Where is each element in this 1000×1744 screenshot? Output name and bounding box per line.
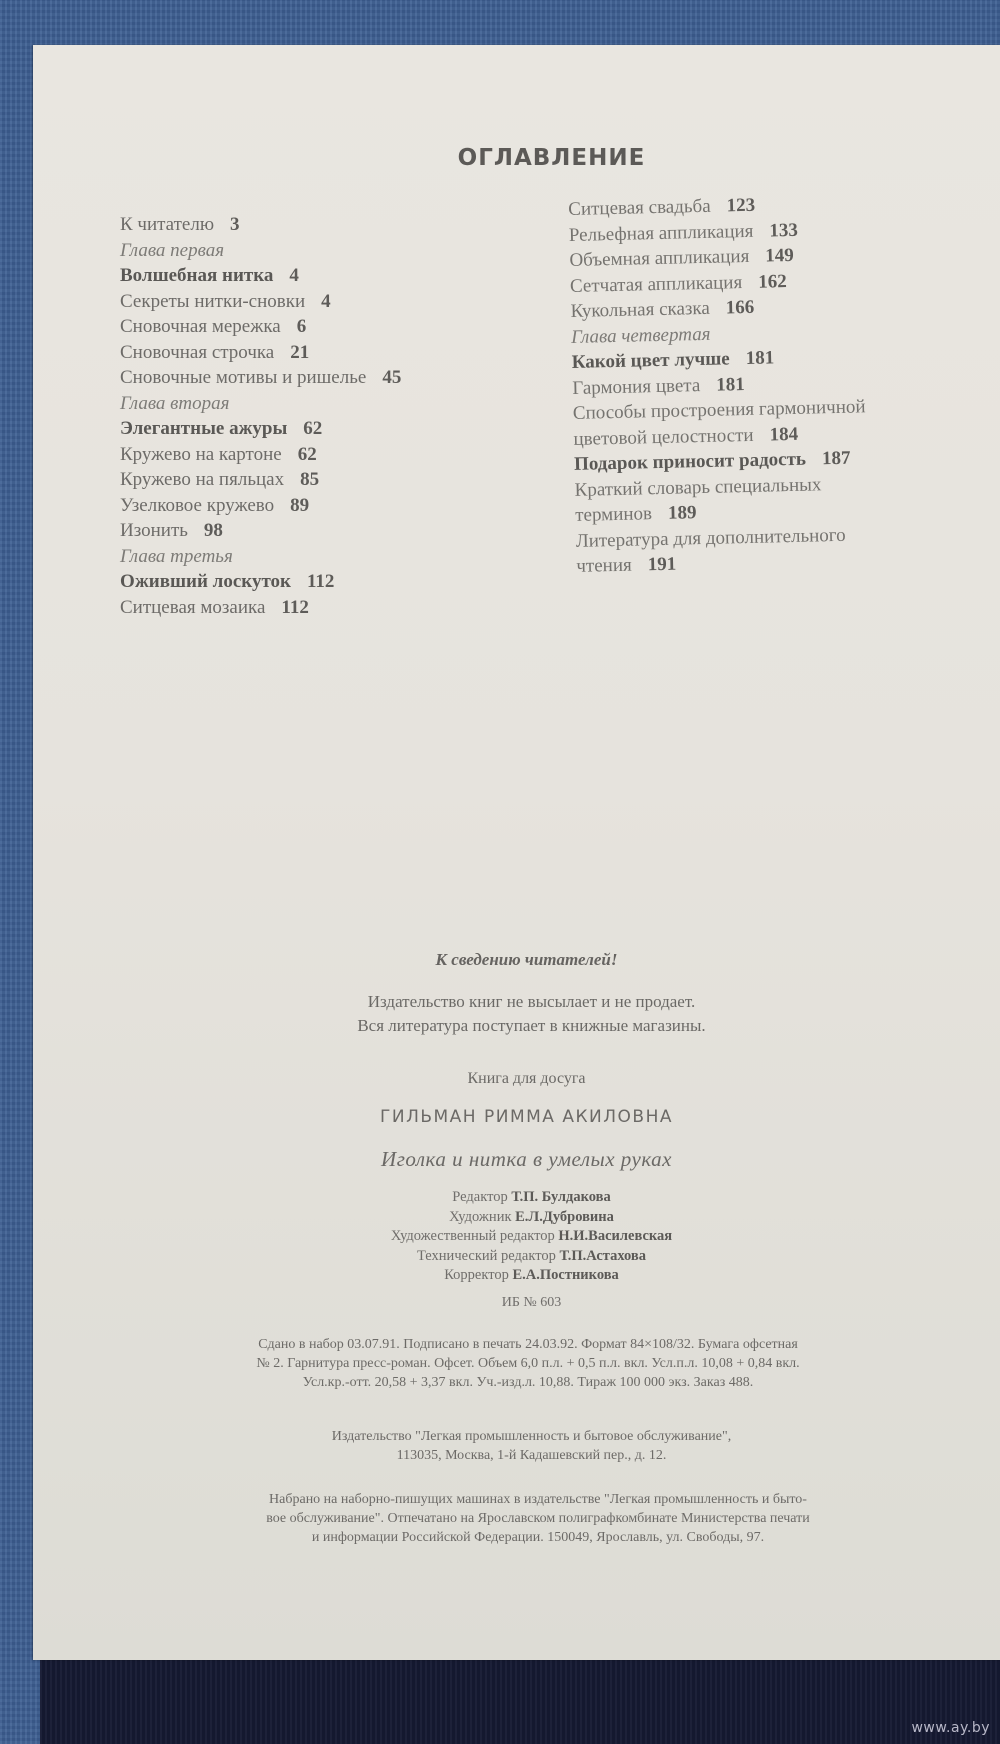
toc-chapter-heading: Глава третья (120, 544, 540, 570)
toc-entry-page: 189 (668, 502, 697, 524)
credit-name: Т.П.Астахова (559, 1248, 646, 1264)
imprint-line: Сдано в набор 03.07.91. Подписано в печа… (133, 1335, 923, 1354)
imprint-line: № 2. Гарнитура пресс-роман. Офсет. Объем… (133, 1354, 923, 1373)
toc-entry-page: 187 (822, 448, 851, 470)
credit-name: Е.А.Постникова (512, 1267, 618, 1283)
credit-line: Редактор Т.П. Булдакова (63, 1188, 1000, 1208)
credits-list: Редактор Т.П. Булдакова Художник Е.Л.Дуб… (33, 1188, 1000, 1286)
toc-entry-title: Оживший лоскуток (120, 571, 291, 592)
toc-entry-page: 4 (321, 291, 331, 312)
book-author: ГИЛЬМАН РИММА АКИЛОВНА (33, 1107, 1000, 1127)
toc-left-column: К читателю3Глава перваяВолшебная нитка4С… (120, 212, 540, 620)
toc-entry-page: 123 (726, 195, 755, 217)
toc-entry-page: 133 (769, 219, 798, 241)
toc-entry-title: Объемная аппликация (569, 246, 749, 271)
toc-entry-title: Кукольная сказка (570, 298, 710, 322)
toc-entry-title: Литература для дополнительного (576, 524, 846, 551)
toc-entry-page: 62 (303, 418, 322, 439)
credit-line: Корректор Е.А.Постникова (63, 1266, 1000, 1286)
notice-line: Издательство книг не высылает и не прода… (63, 990, 1000, 1014)
notice-heading: К сведению читателей! (33, 950, 1000, 970)
toc-entry-page: 181 (716, 374, 745, 396)
toc-entry-title: Волшебная нитка (120, 265, 273, 286)
toc-entry-title: Какой цвет лучше (572, 348, 730, 373)
toc-entry: Сновочная мережка6 (120, 314, 540, 340)
book-genre: Книга для досуга (33, 1070, 1000, 1088)
credit-name: Т.П. Булдакова (511, 1189, 610, 1205)
toc-entry-page: 6 (297, 316, 307, 337)
credit-line: Технический редактор Т.П.Астахова (63, 1247, 1000, 1267)
toc-entry-title: терминов (575, 503, 652, 526)
toc-entry-title: Рельефная аппликация (569, 220, 754, 245)
toc-entry-page: 89 (290, 495, 309, 516)
toc-entry: Оживший лоскуток112 (120, 569, 540, 595)
toc-entry-title: Глава вторая (120, 393, 229, 414)
toc-entry: Кружево на картоне62 (120, 442, 540, 468)
toc-entry-page: 181 (745, 347, 774, 369)
toc-entry-title: Кружево на картоне (120, 444, 282, 465)
toc-right-column: Ситцевая свадьба123Рельефная аппликация1… (568, 187, 997, 579)
publisher-info: Издательство "Легкая промышленность и бы… (33, 1427, 1000, 1465)
toc-entry-title: К читателю (120, 214, 214, 235)
toc-entry-title: Сновочная строчка (120, 342, 274, 363)
printer-info: Набрано на наборно-пишущих машинах в изд… (133, 1490, 943, 1547)
toc-entry-title: Элегантные ажуры (120, 418, 287, 439)
toc-entry-title: Сетчатая аппликация (570, 272, 743, 297)
toc-entry-page: 166 (726, 297, 755, 319)
book-page: ОГЛАВЛЕНИЕ К читателю3Глава перваяВолшеб… (33, 45, 1000, 1660)
toc-entry-title: Глава четвертая (571, 323, 711, 347)
toc-entry-title: Узелковое кружево (120, 495, 274, 516)
toc-entry-page: 21 (290, 342, 309, 363)
toc-entry-page: 85 (300, 469, 319, 490)
printer-line: вое обслуживание". Отпечатано на Ярослав… (133, 1509, 943, 1528)
toc-entry-title: Подарок приносит радость (574, 449, 806, 475)
ib-number: ИБ № 603 (33, 1295, 1000, 1311)
publisher-line: 113035, Москва, 1-й Кадашевский пер., д.… (63, 1446, 1000, 1465)
toc-entry-title: Глава первая (120, 240, 224, 261)
toc-entry: Ситцевая мозаика112 (120, 595, 540, 621)
credit-line: Художник Е.Л.Дубровина (63, 1208, 1000, 1228)
toc-title: ОГЛАВЛЕНИЕ (33, 145, 1000, 171)
printer-line: и информации Российской Федерации. 15004… (133, 1528, 943, 1547)
toc-entry: Изонить98 (120, 518, 540, 544)
toc-entry-title: Способы простроения гармоничной (573, 396, 866, 424)
toc-entry-page: 162 (758, 271, 787, 293)
toc-chapter-heading: Глава вторая (120, 391, 540, 417)
toc-entry-page: 112 (307, 571, 334, 592)
credit-name: Е.Л.Дубровина (515, 1209, 614, 1225)
credit-role: Технический редактор (417, 1248, 556, 1264)
toc-entry-page: 112 (281, 597, 308, 618)
book-title: Иголка и нитка в умелых руках (33, 1147, 1000, 1172)
toc-entry-page: 184 (769, 423, 798, 445)
toc-entry-page: 98 (204, 520, 223, 541)
toc-entry-title: цветовой целостности (573, 424, 754, 449)
toc-entry-page: 191 (648, 554, 677, 576)
toc-entry-title: Сновочная мережка (120, 316, 281, 337)
toc-chapter-heading: Глава первая (120, 238, 540, 264)
toc-entry-title: Изонить (120, 520, 188, 541)
toc-entry: Секреты нитки-сновки4 (120, 289, 540, 315)
toc-entry: Сновочные мотивы и ришелье45 (120, 365, 540, 391)
notice-line: Вся литература поступает в книжные магаз… (63, 1014, 1000, 1038)
credit-line: Художественный редактор Н.И.Василевская (63, 1227, 1000, 1247)
toc-entry-title: Кружево на пяльцах (120, 469, 284, 490)
toc-entry-title: Гармония цвета (572, 375, 700, 399)
toc-entry-title: чтения (576, 555, 632, 577)
credit-role: Редактор (452, 1189, 507, 1205)
toc-entry-title: Ситцевая мозаика (120, 597, 265, 618)
credit-name: Н.И.Василевская (558, 1228, 672, 1244)
toc-entry-page: 149 (765, 245, 794, 267)
credit-role: Корректор (444, 1267, 509, 1283)
toc-entry-title: Краткий словарь специальных (574, 474, 821, 501)
imprint-details: Сдано в набор 03.07.91. Подписано в печа… (133, 1335, 923, 1392)
toc-entry: Сновочная строчка21 (120, 340, 540, 366)
publisher-line: Издательство "Легкая промышленность и бы… (63, 1427, 1000, 1446)
toc-entry: Кружево на пяльцах85 (120, 467, 540, 493)
notice-body: Издательство книг не высылает и не прода… (33, 990, 1000, 1038)
credit-role: Художник (449, 1209, 511, 1225)
imprint-line: Усл.кр.-отт. 20,58 + 3,37 вкл. Уч.-изд.л… (133, 1373, 923, 1392)
toc-entry: К читателю3 (120, 212, 540, 238)
printer-line: Набрано на наборно-пишущих машинах в изд… (133, 1490, 943, 1509)
toc-entry-title: Глава третья (120, 546, 233, 567)
toc-entry-page: 4 (289, 265, 299, 286)
toc-entry-title: Сновочные мотивы и ришелье (120, 367, 366, 388)
toc-entry-page: 3 (230, 214, 240, 235)
toc-entry-title: Секреты нитки-сновки (120, 291, 305, 312)
credit-role: Художественный редактор (391, 1228, 555, 1244)
toc-entry: Узелковое кружево89 (120, 493, 540, 519)
toc-entry: Волшебная нитка4 (120, 263, 540, 289)
toc-entry-page: 62 (298, 444, 317, 465)
toc-entry-title: Ситцевая свадьба (568, 196, 711, 220)
dark-fabric-background (40, 1660, 1000, 1744)
watermark: www.ay.by (911, 1720, 990, 1736)
toc-entry-page: 45 (382, 367, 401, 388)
toc-entry: Элегантные ажуры62 (120, 416, 540, 442)
